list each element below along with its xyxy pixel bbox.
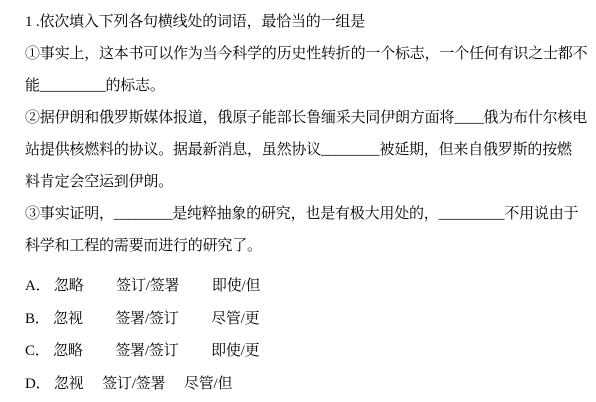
option-b-word-1: 忽视 [53, 311, 83, 327]
option-a-word-1: 忽略 [54, 278, 84, 294]
option-c-word-2: 签署/签订 [115, 343, 178, 359]
sentence-1-line-2: 能_________的标志。 [25, 70, 596, 102]
question-text-block: 1 .依次填入下列各句横线处的词语，最恰当的一组是 ①事实上，这本书可以作为当今… [25, 6, 596, 262]
option-a-label: A． [25, 270, 50, 303]
option-a: A． 忽略 签订/签署 即使/但 [25, 270, 596, 303]
question-stem: 1 .依次填入下列各句横线处的词语，最恰当的一组是 [25, 6, 596, 38]
document-page: 1 .依次填入下列各句横线处的词语，最恰当的一组是 ①事实上，这本书可以作为当今… [0, 0, 596, 402]
option-c-word-1: 忽略 [53, 343, 83, 359]
option-c-label: C． [25, 335, 50, 368]
option-d-label: D． [25, 368, 50, 401]
option-d-word-3: 尽管/但 [184, 376, 232, 392]
option-a-word-3: 即使/但 [212, 278, 260, 294]
option-b-word-3: 尽管/更 [211, 311, 259, 327]
option-d-word-2: 签订/签署 [102, 376, 165, 392]
option-c: C． 忽略 签署/签订 即使/更 [25, 335, 596, 368]
option-b: B． 忽视 签署/签订 尽管/更 [25, 303, 596, 336]
sentence-3-line-2: 科学和工程的需要而进行的研究了。 [25, 230, 596, 262]
option-d-word-1: 忽视 [54, 376, 84, 392]
answer-options: A． 忽略 签订/签署 即使/但 B． 忽视 签署/签订 尽管/更 C． 忽略 … [25, 270, 596, 400]
option-b-word-2: 签署/签订 [115, 311, 178, 327]
option-b-label: B． [25, 303, 50, 336]
sentence-3-line-1: ③事实证明，________是纯粹抽象的研究，也是有极大用处的，________… [25, 198, 596, 230]
sentence-2-line-1: ②据伊朗和俄罗斯媒体报道，俄原子能部长鲁缅采夫同伊朗方面将____俄为布什尔核电 [25, 102, 596, 134]
sentence-1-line-1: ①事实上，这本书可以作为当今科学的历史性转折的一个标志，一个任何有识之士都不 [25, 38, 596, 70]
option-a-word-2: 签订/签署 [116, 278, 179, 294]
sentence-2-line-2: 站提供核燃料的协议。据最新消息，虽然协议________被延期，但来自俄罗斯的按… [25, 134, 596, 166]
sentence-2-line-3: 料肯定会空运到伊朗。 [25, 166, 596, 198]
option-c-word-3: 即使/更 [211, 343, 259, 359]
option-d: D． 忽视 签订/签署 尽管/但 [25, 368, 596, 401]
